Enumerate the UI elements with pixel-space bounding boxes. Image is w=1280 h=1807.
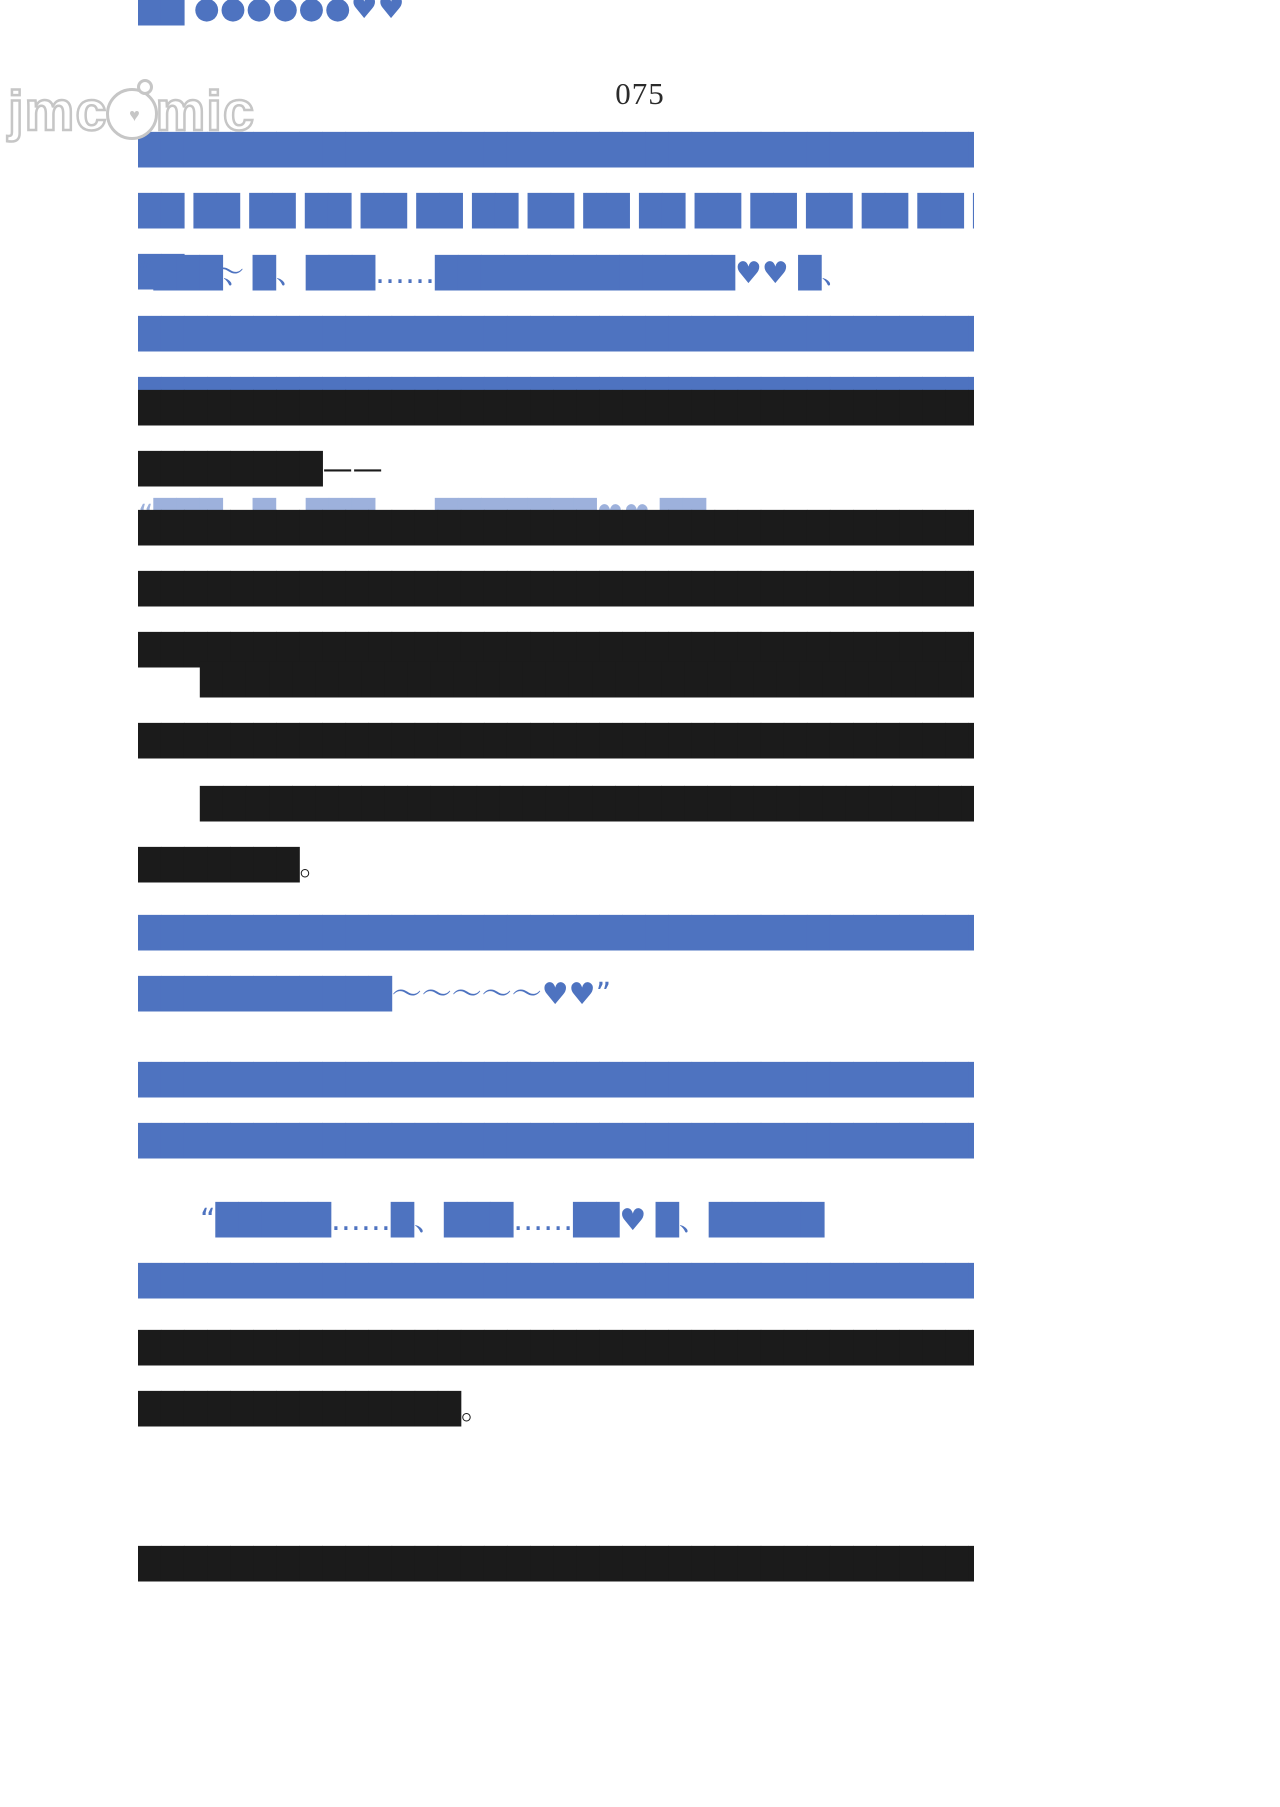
paragraph-redacted: ████████████████████████████████████████… <box>138 1318 974 1440</box>
paragraph-redacted: ████████████████████████████████████████… <box>138 903 974 1025</box>
paragraph-redacted: ████████████████████████████████████████… <box>138 774 974 896</box>
text-area: ██ ●●●●●●♥♥█████████████████████████████… <box>138 0 974 1807</box>
reader-page: jmc ♥ mic 075 ██ ●●●●●●♥♥███████████████… <box>0 0 1280 1807</box>
jmcomic-watermark-logo: jmc ♥ mic <box>8 78 255 143</box>
text-line-redacted: ███████████～～～～～♥♥” <box>138 964 974 1025</box>
paragraph-redacted: “█████……█、███……██♥ █、███████████████████… <box>138 1190 974 1312</box>
logo-text-left: jmc <box>8 78 108 143</box>
paragraph-redacted: ████████████████████████████████████████… <box>138 378 974 500</box>
heart-icon: ♥ <box>129 106 140 124</box>
text-line-redacted: ████████████████████████████████████████… <box>138 120 974 181</box>
text-line-redacted: ████████████████████████████████████████… <box>138 559 974 620</box>
text-line-redacted: ████████████████████████████████████████… <box>138 903 974 964</box>
text-line-redacted: ██ ██ ██ ██ ██ ██ ██ ██ ██ ██ ██ ██ ██ █… <box>138 181 974 242</box>
paragraph-redacted: ████████████████████████████████████████… <box>138 1534 974 1595</box>
mascot-face-icon: ♥ <box>106 88 158 140</box>
text-line-redacted: “███、█、███……█████████████♥♥ █、 <box>138 243 974 304</box>
logo-text-right: mic <box>156 78 256 143</box>
text-line-redacted: ████████████████████████████████████████… <box>138 498 974 559</box>
text-line-redacted: ████████████████████████████████████████… <box>138 1251 974 1312</box>
text-line-redacted: ████████████████████████████████████████… <box>138 378 974 439</box>
text-line-redacted: ████████████████████████████████████████… <box>138 1050 974 1111</box>
text-line-redacted: ██████████████。 <box>138 1379 974 1440</box>
text-line-redacted: ████████████████████████████████████████… <box>138 1534 974 1595</box>
mascot-ear-icon <box>137 79 153 95</box>
paragraph-redacted: ████████████████████████████████████████… <box>138 650 974 772</box>
text-line-redacted: ████████████████████████████████████████… <box>138 711 974 772</box>
text-line-redacted: “█████……█、███……██♥ █、█████ <box>138 1190 974 1251</box>
text-line-redacted: ██ ●●●●●●♥♥ <box>138 0 974 39</box>
text-line-redacted: ████████████████████████████████████████… <box>138 774 974 835</box>
paragraph-redacted: ██ ●●●●●●♥♥ <box>138 0 974 39</box>
text-line-redacted: ████████████████████████████████████████ <box>138 650 974 711</box>
text-line-redacted: ████████████████████████████████████████… <box>138 1318 974 1379</box>
text-line-redacted: ████████████████████████████████████████… <box>138 304 974 365</box>
text-line-redacted: ████████████████████████████████████████… <box>138 1111 974 1172</box>
text-line-redacted: ███████。 <box>138 835 974 896</box>
paragraph-redacted: ████████████████████████████████████████… <box>138 1050 974 1172</box>
